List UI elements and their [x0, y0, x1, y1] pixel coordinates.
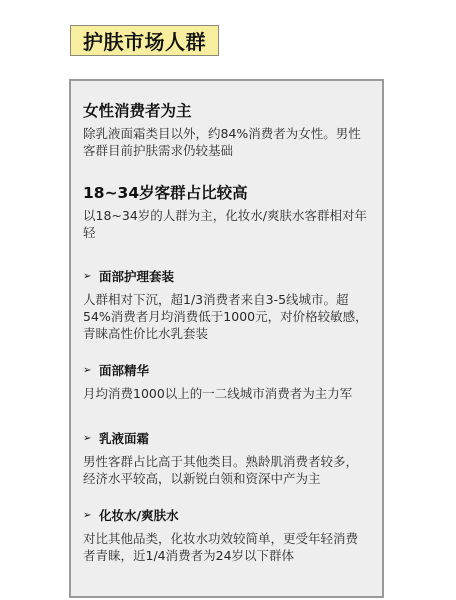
arrow-bullet-icon: ➢	[83, 269, 99, 285]
content-panel: 女性消费者为主 除乳液面霜类目以外，约84%消费者为女性。男性客群目前护肤需求仍…	[69, 79, 384, 598]
category-lotion-cream: ➢ 乳液面霜 男性客群占比高于其他类目。熟龄肌消费者较多，经济水平较高，以新锐白…	[83, 431, 368, 487]
section-heading: 18~34岁客群占比较高	[83, 183, 368, 203]
category-face-serum: ➢ 面部精华 月均消费1000以上的一二线城市消费者为主力军	[83, 363, 368, 402]
arrow-bullet-icon: ➢	[83, 363, 99, 379]
arrow-bullet-icon: ➢	[83, 431, 99, 447]
page-title: 护肤市场人群	[83, 26, 206, 55]
section-age-group: 18~34岁客群占比较高 以18~34岁的人群为主，化妆水/爽肤水客群相对年轻	[83, 183, 368, 241]
section-female-consumers: 女性消费者为主 除乳液面霜类目以外，约84%消费者为女性。男性客群目前护肤需求仍…	[83, 101, 368, 159]
category-body: 月均消费1000以上的一二线城市消费者为主力军	[83, 385, 368, 402]
section-body: 以18~34岁的人群为主，化妆水/爽肤水客群相对年轻	[83, 207, 368, 241]
category-face-care-set: ➢ 面部护理套装 人群相对下沉，超1/3消费者来自3-5线城市。超54%消费者月…	[83, 269, 368, 342]
section-body: 除乳液面霜类目以外，约84%消费者为女性。男性客群目前护肤需求仍较基础	[83, 125, 368, 159]
category-title: 乳液面霜	[99, 431, 149, 447]
category-heading: ➢ 乳液面霜	[83, 431, 368, 447]
category-heading: ➢ 面部护理套装	[83, 269, 368, 285]
category-toner: ➢ 化妆水/爽肤水 对比其他品类，化妆水功效较简单，更受年轻消费者青睐，近1/4…	[83, 508, 368, 564]
page-title-box: 护肤市场人群	[70, 25, 219, 56]
category-body: 对比其他品类，化妆水功效较简单，更受年轻消费者青睐，近1/4消费者为24岁以下群…	[83, 530, 368, 564]
category-body: 人群相对下沉，超1/3消费者来自3-5线城市。超54%消费者月均消费低于1000…	[83, 291, 368, 342]
category-title: 化妆水/爽肤水	[99, 508, 179, 524]
category-title: 面部精华	[99, 363, 149, 379]
section-heading: 女性消费者为主	[83, 101, 368, 121]
category-heading: ➢ 面部精华	[83, 363, 368, 379]
category-heading: ➢ 化妆水/爽肤水	[83, 508, 368, 524]
category-body: 男性客群占比高于其他类目。熟龄肌消费者较多，经济水平较高，以新锐白领和资深中产为…	[83, 453, 368, 487]
category-title: 面部护理套装	[99, 269, 174, 285]
arrow-bullet-icon: ➢	[83, 508, 99, 524]
